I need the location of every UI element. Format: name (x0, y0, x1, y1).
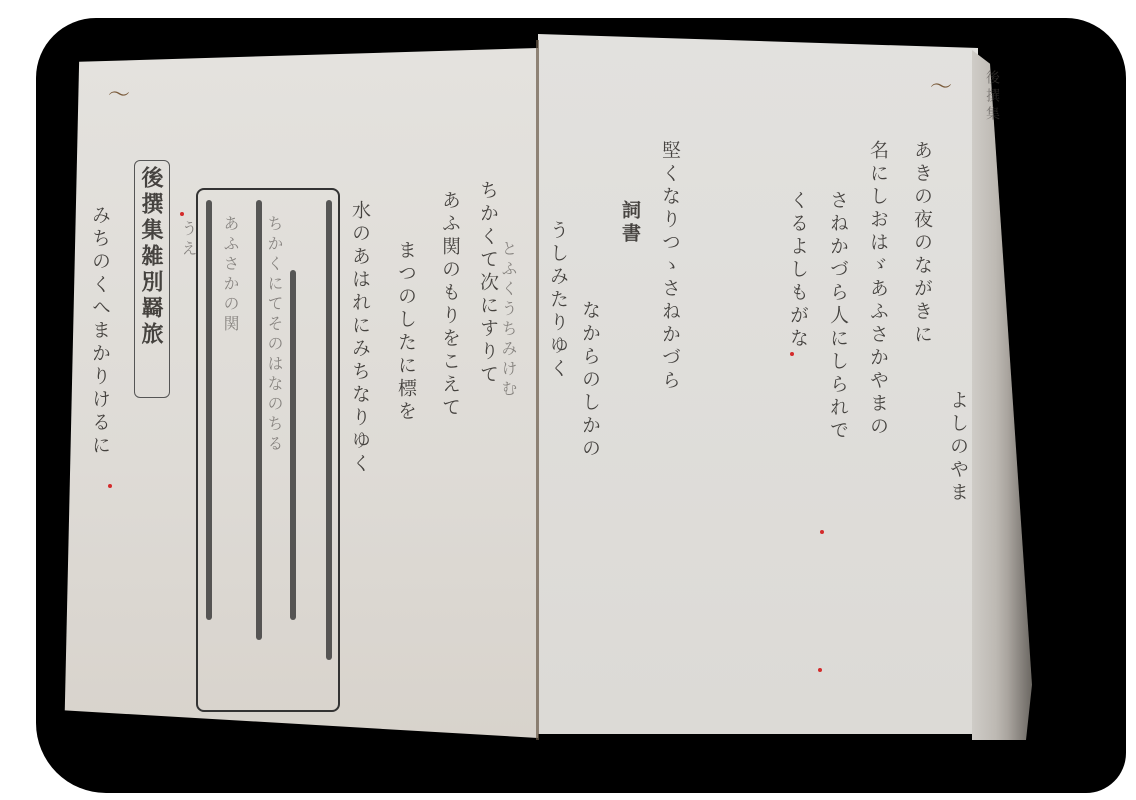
text-column: ちかくにてそのはなのちる (266, 215, 282, 455)
text-column: あふ関のもりをこえて (440, 190, 459, 420)
text-column: とふくうちみけむ (500, 240, 516, 400)
title-label: 後撰集雑別羇旅 (140, 166, 162, 348)
text-column: 水のあはれにみちなりゆく (350, 200, 369, 476)
text-column: なからのしかの (580, 300, 599, 461)
text-column: 詞書 (620, 200, 639, 246)
page-edges (972, 50, 1032, 740)
text-column: くるよしもがな (788, 190, 807, 351)
open-book: 〜 後撰集雑別羇旅 うえ みちのくへまかりけるに あふさかの関 ちかくにてそのは… (0, 0, 1136, 800)
text-column: 名にしおはゞあふさかやまの (868, 140, 887, 439)
text-column: さねかづら人にしられで (828, 190, 847, 443)
text-column: ちかくて次にすりて (478, 180, 497, 387)
strike-bar (206, 200, 212, 620)
header-mark: 〜 (930, 70, 952, 101)
text-column: 堅くなりつゝさねかづら (660, 140, 679, 393)
wormhole-mark: 〜 (108, 78, 130, 109)
strike-bar (256, 200, 262, 640)
red-dot (818, 668, 822, 672)
text-column: よしのやま (948, 390, 967, 505)
side-note: うえ (180, 220, 196, 260)
strike-bar (290, 270, 296, 620)
book-spine (536, 40, 539, 740)
red-dot (820, 530, 824, 534)
strike-bar (326, 200, 332, 660)
edge-text: 後撰集 (985, 70, 999, 124)
text-column: あふさかの関 (222, 215, 238, 335)
right-page (538, 34, 978, 734)
text-column: みちのくへまかりけるに (90, 205, 109, 458)
red-dot (108, 484, 112, 488)
red-dot (180, 212, 184, 216)
red-dot (790, 352, 794, 356)
text-column: まつのしたに標を (396, 240, 415, 424)
text-column: うしみたりゆく (548, 220, 567, 381)
text-column: あきの夜のながきに (912, 140, 931, 347)
